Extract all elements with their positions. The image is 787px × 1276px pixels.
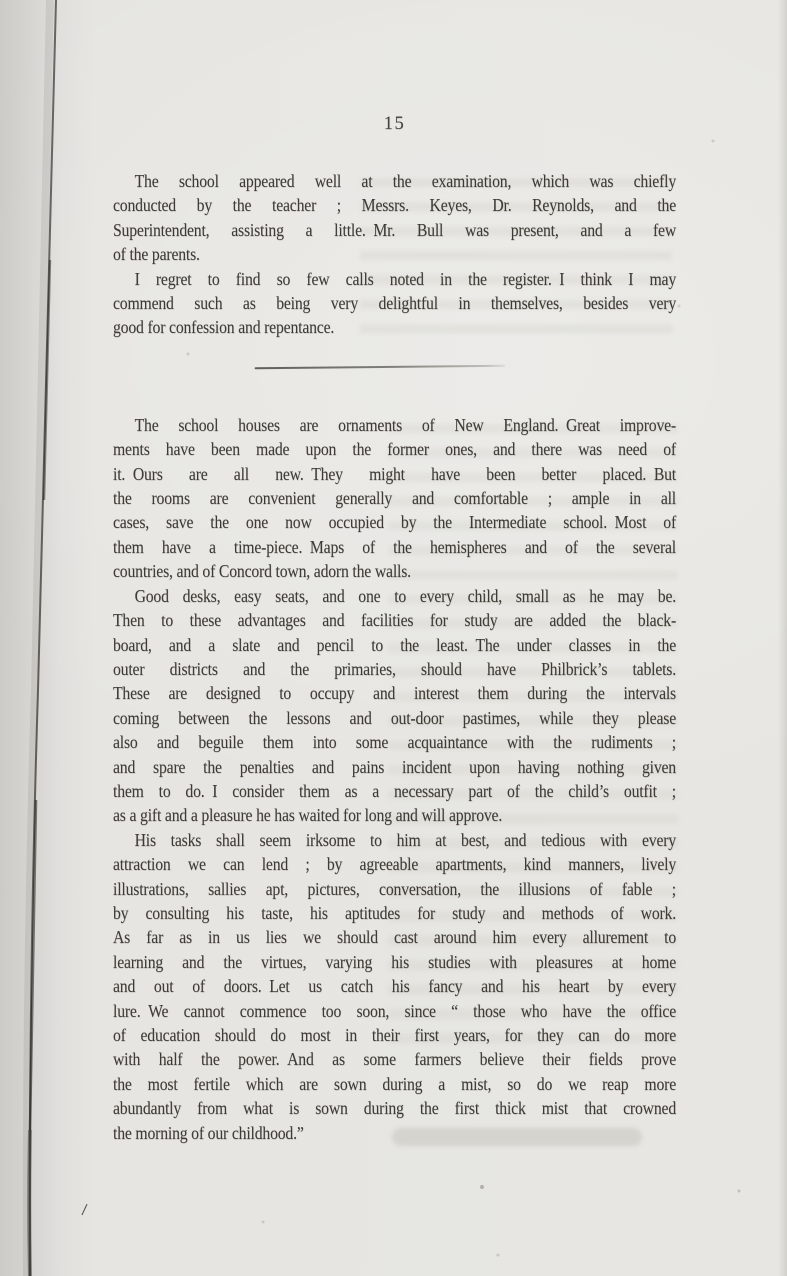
text-line: board, and a slate and pencil to the lea… xyxy=(113,633,676,657)
scanned-book-page: 15 The school appeared well at the exami… xyxy=(0,0,787,1276)
text-line: as a gift and a pleasure he has waited f… xyxy=(113,803,676,827)
text-line: These are designed to occupy and interes… xyxy=(113,681,676,705)
text-line: the morning of our childhood.” xyxy=(113,1121,676,1145)
text-line: As far as in us lies we should cast arou… xyxy=(113,925,676,949)
paragraph: I regret to find so few calls noted in t… xyxy=(113,267,676,340)
paragraph: Good desks, easy seats, and one to every… xyxy=(113,584,676,828)
text-line: of the parents. xyxy=(113,242,676,266)
text-line: countries, and of Concord town, adorn th… xyxy=(113,559,676,583)
paper-specks xyxy=(0,0,2,2)
text-line: outer districts and the primaries, shoul… xyxy=(113,657,676,681)
text-line: also and beguile them into some acquaint… xyxy=(113,730,676,754)
text-line: the rooms are convenient generally and c… xyxy=(113,486,676,510)
paragraph: His tasks shall seem irksome to him at b… xyxy=(113,828,676,1145)
text-line: The school appeared well at the examinat… xyxy=(113,169,676,193)
text-line: learning and the virtues, varying his st… xyxy=(113,950,676,974)
text-line: commend such as being very delightful in… xyxy=(113,291,676,315)
binding-crease xyxy=(0,0,110,1276)
text-line: illustrations, sallies apt, pictures, co… xyxy=(113,877,676,901)
text-line: Then to these advantages and facilities … xyxy=(113,608,676,632)
text-line: them to do. I consider them as a necessa… xyxy=(113,779,676,803)
text-line: it. Ours are all new. They might have be… xyxy=(113,462,676,486)
text-line: them have a time-piece. Maps of the hemi… xyxy=(113,535,676,559)
text-line: lure. We cannot commence too soon, since… xyxy=(113,999,676,1023)
page-right-edge-shadow xyxy=(778,0,787,1276)
page-number: 15 xyxy=(113,114,676,135)
text-line: good for confession and repentance. xyxy=(113,315,676,339)
paragraph: The school appeared well at the examinat… xyxy=(113,169,676,267)
text-line: by consulting his taste, his aptitudes f… xyxy=(113,901,676,925)
text-line: with half the power. And as some farmers… xyxy=(113,1047,676,1071)
text-line: Superintendent, assisting a little. Mr. … xyxy=(113,218,676,242)
text-line: and out of doors. Let us catch his fancy… xyxy=(113,974,676,998)
text-line: The school houses are ornaments of New E… xyxy=(113,413,676,437)
text-line: ments have been made upon the former one… xyxy=(113,437,676,461)
section-divider-rule xyxy=(255,365,505,369)
text-line: and spare the penalties and pains incide… xyxy=(113,755,676,779)
text-line: the most fertile which are sown during a… xyxy=(113,1072,676,1096)
text-line: coming between the lessons and out-door … xyxy=(113,706,676,730)
paragraph: The school houses are ornaments of New E… xyxy=(113,413,676,584)
text-line: conducted by the teacher ; Messrs. Keyes… xyxy=(113,193,676,217)
text-line: I regret to find so few calls noted in t… xyxy=(113,267,676,291)
text-line: Good desks, easy seats, and one to every… xyxy=(113,584,676,608)
text-line: attraction we can lend ; by agreeable ap… xyxy=(113,852,676,876)
section-divider xyxy=(113,366,676,368)
text-line: cases, save the one now occupied by the … xyxy=(113,510,676,534)
text-line: of education should do most in their fir… xyxy=(113,1023,676,1047)
text-line: abundantly from what is sown during the … xyxy=(113,1096,676,1120)
text-column: The school appeared well at the examinat… xyxy=(113,169,676,1145)
text-line: His tasks shall seem irksome to him at b… xyxy=(113,828,676,852)
